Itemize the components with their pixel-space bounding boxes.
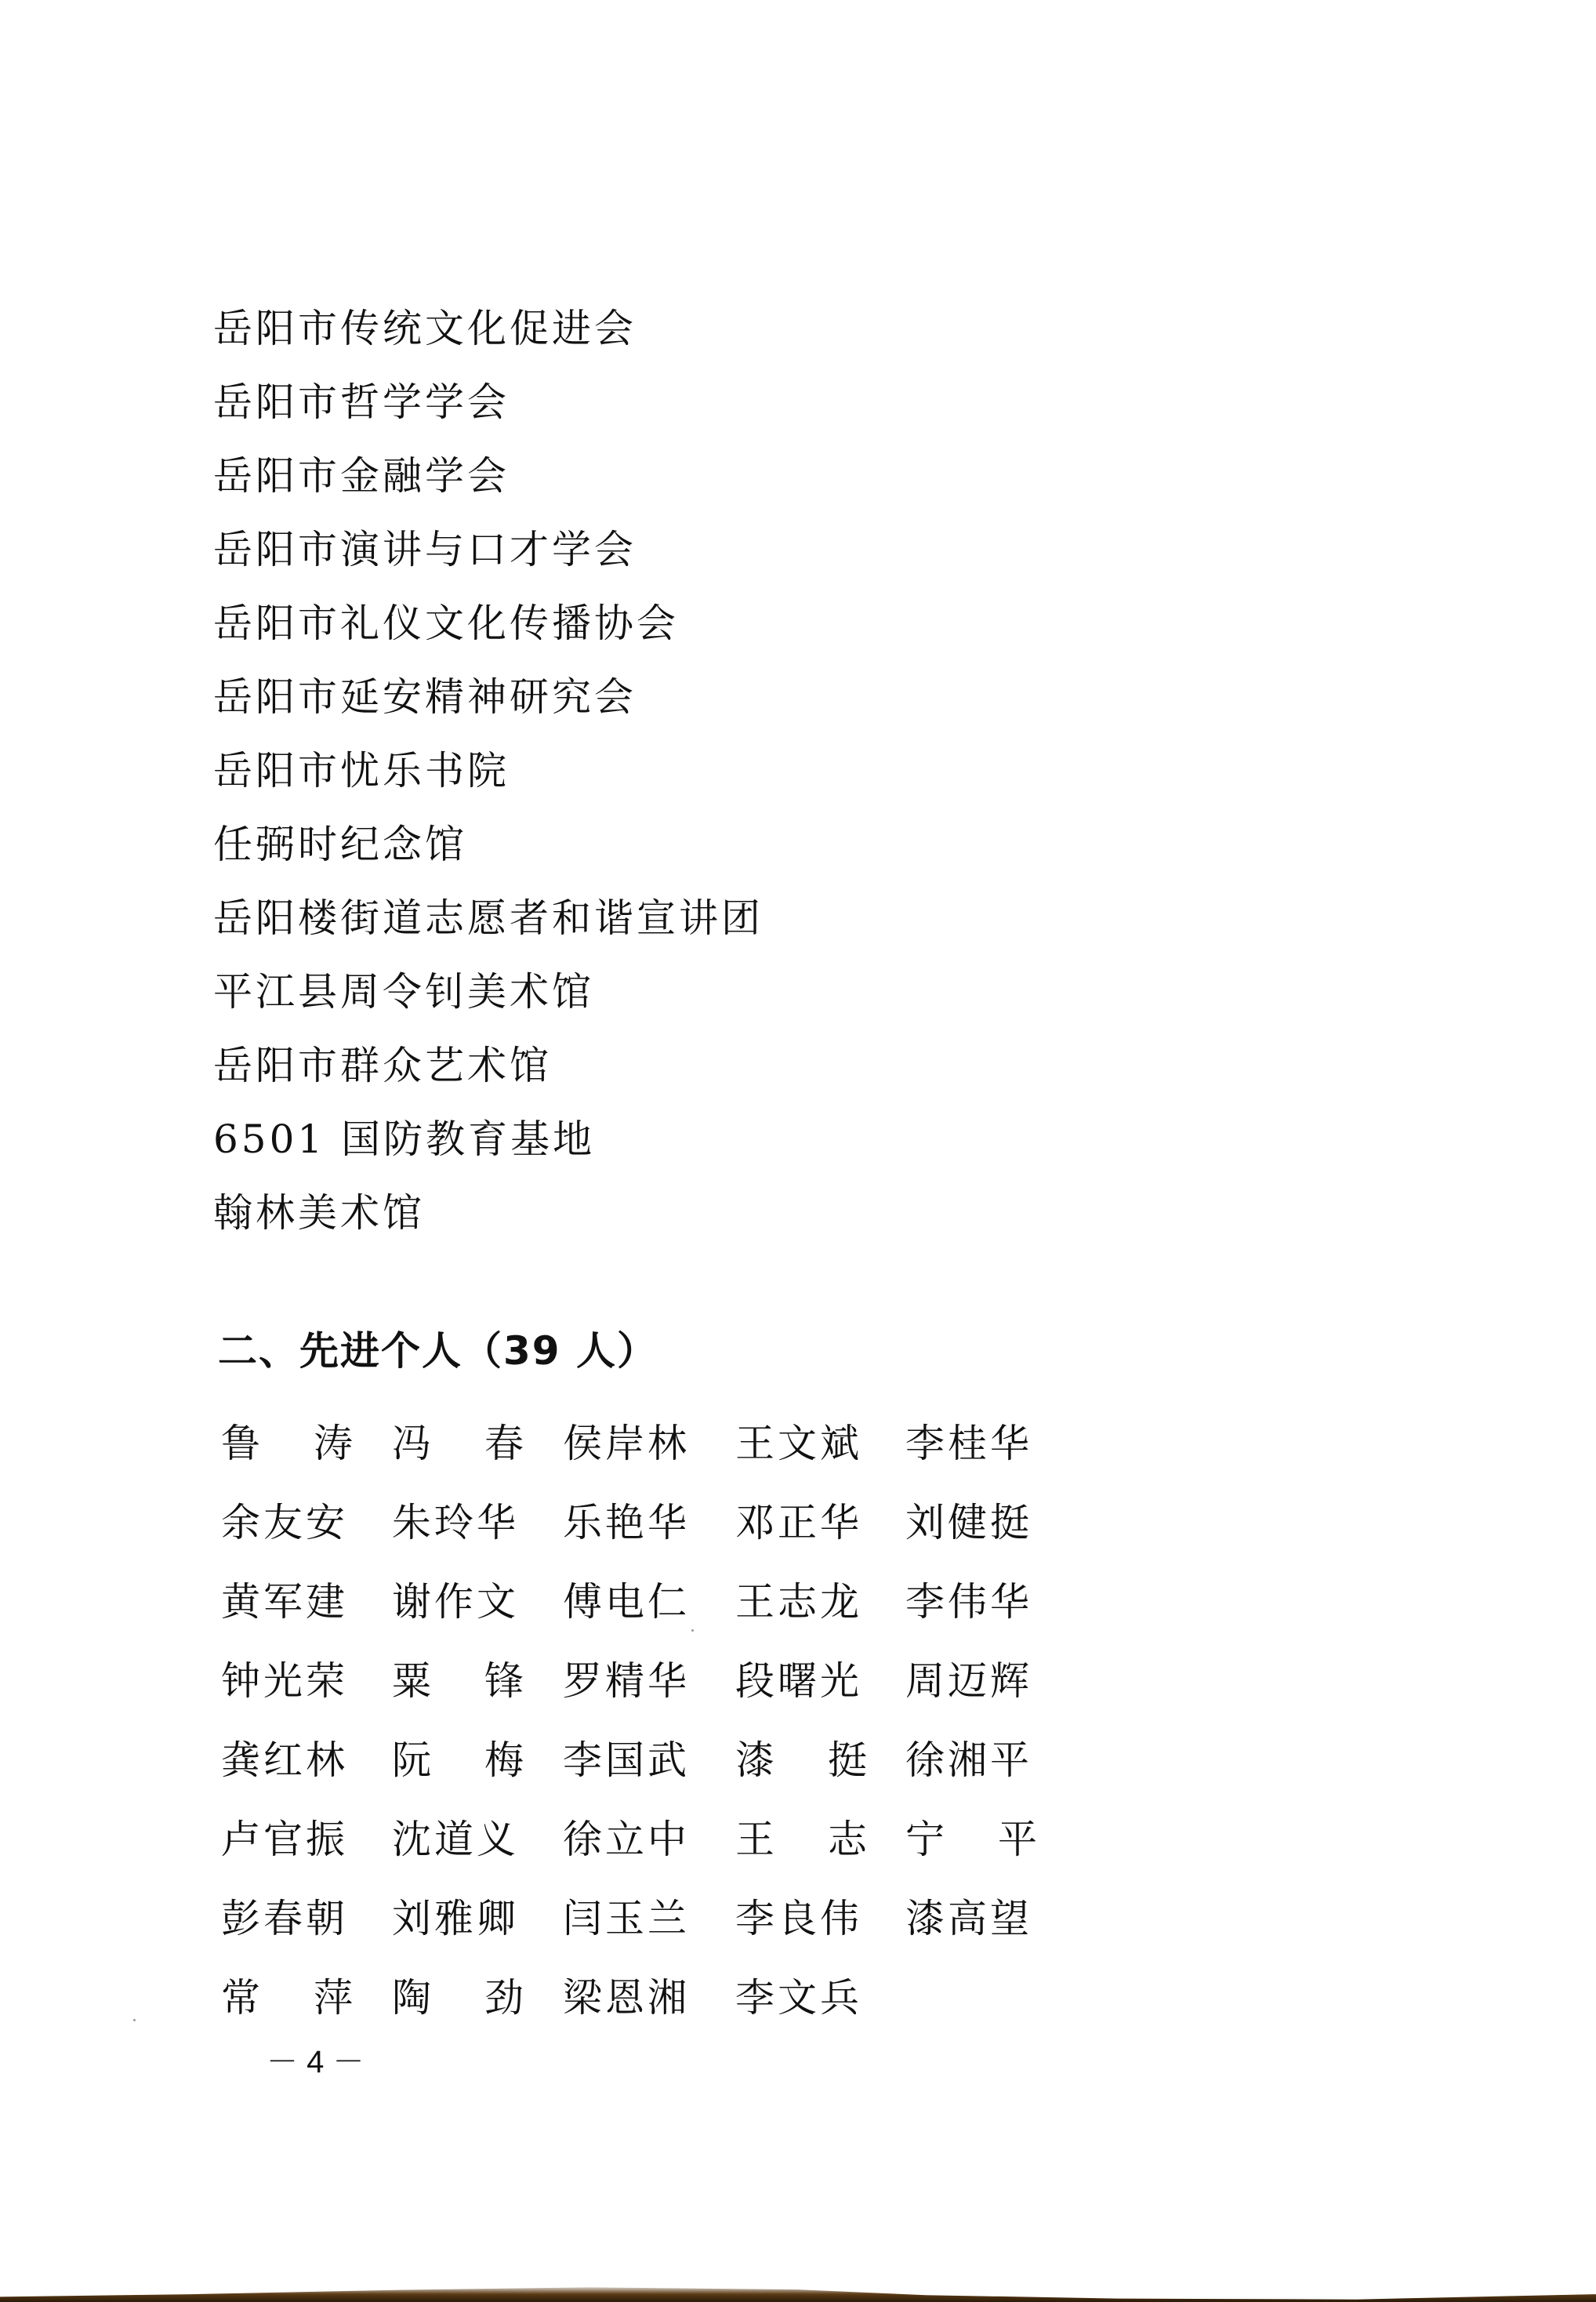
name-character: 志: [828, 1812, 867, 1867]
individual-name: 阮梅: [392, 1720, 524, 1799]
organization-item: 翰林美术馆: [213, 1176, 764, 1250]
organization-item: 岳阳市金融学会: [213, 439, 764, 513]
individual-name: 常萍: [221, 1958, 353, 2037]
individual-name: 王志龙: [735, 1562, 905, 1641]
name-character: 锋: [484, 1654, 524, 1708]
name-character: 阮: [392, 1733, 431, 1788]
organization-item: 6501 国防教育基地: [213, 1102, 764, 1176]
individual-name: 李文兵: [735, 1958, 905, 2037]
advanced-individuals-grid: 鲁涛冯春侯岸林王文斌李桂华余友安朱玲华乐艳华邓正华刘健挺黄军建谢作文傅电仁王志龙…: [221, 1403, 1078, 2037]
name-character: 漆: [735, 1733, 774, 1788]
name-character: 梅: [484, 1733, 524, 1788]
individual-name: 鲁涛: [221, 1403, 353, 1483]
organization-item: 岳阳市演讲与口才学会: [213, 513, 764, 586]
section-heading-advanced-individuals: 二、先进个人（39 人）: [218, 1323, 658, 1378]
page-number: － 4 －: [267, 2042, 364, 2082]
name-character: 冯: [392, 1416, 431, 1471]
individual-name: 李良伟: [735, 1879, 905, 1958]
organization-item: 岳阳市延安精神研究会: [213, 660, 764, 734]
organization-item: 平江县周令钊美术馆: [213, 955, 764, 1029]
individual-name: 邓正华: [735, 1483, 905, 1562]
organization-item: 岳阳市哲学学会: [213, 365, 764, 439]
individual-name: 沈道义: [392, 1799, 563, 1879]
name-character: 鲁: [221, 1416, 260, 1471]
name-character: 粟: [392, 1654, 431, 1708]
document-page: 岳阳市传统文化促进会 岳阳市哲学学会 岳阳市金融学会 岳阳市演讲与口才学会 岳阳…: [0, 0, 1596, 2302]
advanced-organizations-list: 岳阳市传统文化促进会 岳阳市哲学学会 岳阳市金融学会 岳阳市演讲与口才学会 岳阳…: [213, 292, 764, 1250]
individual-name: 闫玉兰: [563, 1879, 735, 1958]
individual-name: 周迈辉: [905, 1641, 1078, 1720]
organization-item: 任弼时纪念馆: [213, 808, 764, 881]
individual-name: 朱玲华: [392, 1483, 563, 1562]
name-character: 陶: [392, 1970, 431, 2025]
individual-name: 谢作文: [392, 1562, 563, 1641]
individual-name: 李伟华: [905, 1562, 1078, 1641]
individual-name: 李国武: [563, 1720, 735, 1799]
name-character: 萍: [314, 1970, 353, 2025]
individual-name: 梁恩湘: [563, 1958, 735, 2037]
individual-name: 宁平: [905, 1799, 1037, 1879]
individual-name: 漆挺: [735, 1720, 867, 1799]
individual-name: 余友安: [221, 1483, 392, 1562]
individual-name: 王文斌: [735, 1403, 905, 1483]
scan-speck: [691, 1629, 694, 1632]
scan-speck: [133, 2019, 136, 2021]
organization-item: 岳阳市传统文化促进会: [213, 292, 764, 365]
name-character: 平: [998, 1812, 1037, 1867]
name-character: 春: [484, 1416, 524, 1471]
name-character: 常: [221, 1970, 260, 2025]
individual-name: 乐艳华: [563, 1483, 735, 1562]
individual-name: 王志: [735, 1799, 867, 1879]
individual-name: 刘健挺: [905, 1483, 1078, 1562]
organization-item: 岳阳市礼仪文化传播协会: [213, 586, 764, 660]
individual-name: 黄军建: [221, 1562, 392, 1641]
individual-name: 冯春: [392, 1403, 524, 1483]
name-character: 宁: [905, 1812, 945, 1867]
individual-name: 陶劲: [392, 1958, 524, 2037]
individual-name: 粟锋: [392, 1641, 524, 1720]
individual-name: 徐湘平: [905, 1720, 1078, 1799]
individual-name: 罗精华: [563, 1641, 735, 1720]
organization-item: 岳阳市忧乐书院: [213, 734, 764, 808]
individual-name: 段曙光: [735, 1641, 905, 1720]
scan-bottom-edge: [0, 2285, 1596, 2302]
individual-name: 漆高望: [905, 1879, 1078, 1958]
name-character: 王: [735, 1812, 774, 1867]
individual-name: 傅电仁: [563, 1562, 735, 1641]
organization-item: 岳阳市群众艺术馆: [213, 1029, 764, 1102]
name-character: 涛: [314, 1416, 353, 1471]
organization-item: 岳阳楼街道志愿者和谐宣讲团: [213, 881, 764, 955]
individual-name: 李桂华: [905, 1403, 1078, 1483]
individual-name: 侯岸林: [563, 1403, 735, 1483]
individual-name: 龚红林: [221, 1720, 392, 1799]
individual-name: 钟光荣: [221, 1641, 392, 1720]
name-character: 劲: [484, 1970, 524, 2025]
individual-name: 卢官振: [221, 1799, 392, 1879]
name-character: 挺: [828, 1733, 867, 1788]
individual-name: 徐立中: [563, 1799, 735, 1879]
individual-name: 彭春朝: [221, 1879, 392, 1958]
individual-name: 刘雅卿: [392, 1879, 563, 1958]
